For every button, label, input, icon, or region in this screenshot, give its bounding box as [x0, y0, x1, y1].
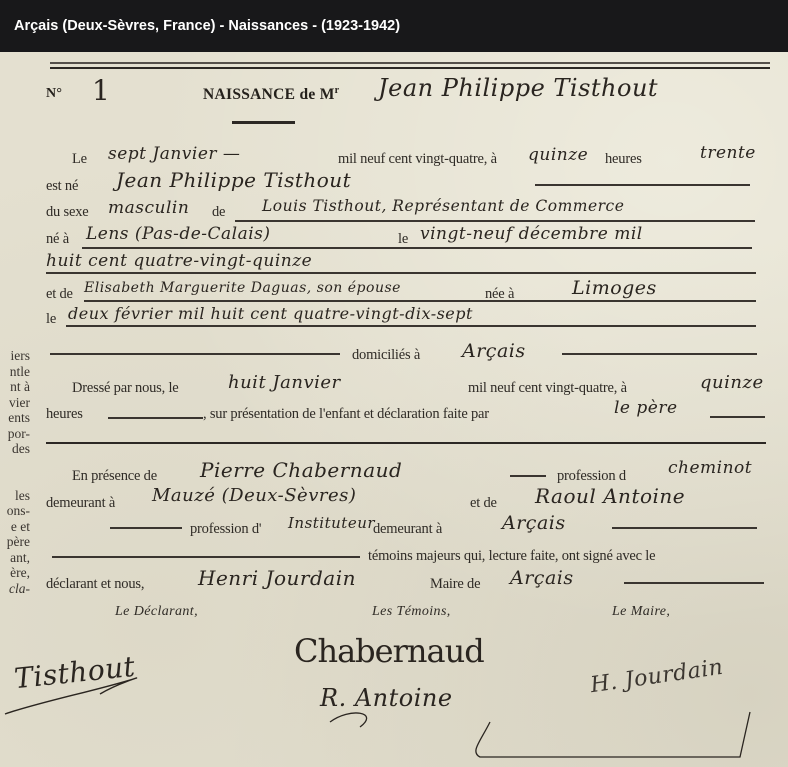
margin-line: les: [0, 488, 30, 504]
signature-witness2-flourish: [320, 702, 760, 767]
l9-hour: quinze: [700, 372, 764, 393]
l13-profession: profession d': [190, 521, 261, 538]
margin-gap: [0, 457, 30, 488]
margin-line: iers: [0, 348, 30, 364]
l12-demeurant: demeurant à: [46, 495, 115, 512]
l1-heures: heures: [605, 151, 642, 168]
l10-fill: [108, 417, 203, 419]
l4-underline: [82, 247, 752, 249]
top-rule: [50, 62, 770, 64]
margin-line: ant,: [0, 550, 30, 566]
l5-birthdate-cont: huit cent quatre-vingt-quinze: [46, 251, 312, 271]
l12-et-de: et de: [470, 495, 497, 512]
l3-sex-value: masculin: [108, 198, 189, 218]
l13-fill-left: [110, 527, 182, 529]
l7-le: le: [46, 311, 56, 328]
l10-print: , sur présentation de l'enfant et déclar…: [203, 406, 489, 423]
l11-profession: profession d: [557, 468, 626, 485]
l15-print1: déclarant et nous,: [46, 576, 144, 593]
margin-line: père: [0, 534, 30, 550]
l6-mother-birthplace: Limoges: [572, 277, 657, 299]
l3-de: de: [212, 204, 225, 221]
l6-et-de: et de: [46, 286, 73, 303]
l11-fill: [510, 475, 546, 477]
l7-mother-birthdate: deux février mil huit cent quatre-vingt-…: [68, 304, 473, 323]
window-title-bar: Arçais (Deux-Sèvres, France) - Naissance…: [0, 0, 788, 52]
l10-fill-right: [710, 416, 765, 418]
margin-line: ons-: [0, 503, 30, 519]
l4-ne-a: né à: [46, 231, 69, 248]
margin-line: nt à: [0, 379, 30, 395]
signature-witness1: Chabernaud: [294, 632, 484, 670]
l13-demeurant: demeurant à: [373, 521, 442, 538]
l3-underline: [235, 220, 755, 222]
l2-name: Jean Philippe Tisthout: [116, 168, 351, 192]
l4-birthplace: Lens (Pas-de-Calais): [86, 224, 271, 244]
label-temoins: Les Témoins,: [372, 604, 451, 620]
l4-birthdate: vingt-neuf décembre mil: [420, 224, 643, 244]
window-title: Arçais (Deux-Sèvres, France) - Naissance…: [14, 18, 400, 34]
record-number-label: N°: [46, 86, 62, 102]
l3-sexe: du sexe: [46, 204, 89, 221]
l8-fill-left: [50, 353, 340, 355]
margin-line: e et: [0, 519, 30, 535]
l4-le: le: [398, 231, 408, 248]
heading-label-text: NAISSANCE de M: [203, 86, 335, 103]
l11-presence: En présence de: [72, 468, 157, 485]
l9-print: mil neuf cent vingt-quatre, à: [468, 380, 627, 397]
l15-fill: [624, 582, 764, 584]
margin-line: vier: [0, 395, 30, 411]
l8-domicilies: domiciliés à: [352, 347, 420, 364]
l6-underline: [84, 300, 756, 302]
heading-name: Jean Philippe Tisthout: [378, 74, 658, 102]
l1-print: mil neuf cent vingt-quatre, à: [338, 151, 497, 168]
l9-dresse: Dressé par nous, le: [72, 380, 179, 397]
label-declarant: Le Déclarant,: [115, 604, 198, 620]
l14-fill: [52, 556, 360, 558]
l10-declarant: le père: [614, 398, 678, 418]
l7-underline: [66, 325, 756, 327]
l15-commune: Arçais: [510, 567, 574, 589]
document-scan: N° 1 NAISSANCE de Mr Jean Philippe Tisth…: [0, 52, 788, 767]
l1-le: Le: [72, 151, 87, 168]
section-separator: [46, 442, 766, 444]
margin-line: des: [0, 441, 30, 457]
l14-print: témoins majeurs qui, lecture faite, ont …: [368, 548, 655, 565]
l11-witness1: Pierre Chabernaud: [200, 458, 402, 482]
top-rule-2: [50, 67, 770, 69]
l2-est-ne: est né: [46, 178, 78, 195]
l3-father: Louis Tisthout, Représentant de Commerce: [262, 197, 624, 215]
l11-witness1-job: cheminot: [668, 458, 752, 478]
margin-line: por-: [0, 426, 30, 442]
heading-underline: [232, 121, 295, 124]
l1-hour: quinze: [528, 145, 588, 165]
l8-fill-right: [562, 353, 757, 355]
margin-line: ère,: [0, 565, 30, 581]
record-number-value: 1: [92, 74, 110, 107]
l13-fill-right: [612, 527, 757, 529]
margin-line: ents: [0, 410, 30, 426]
heading-sup: r: [335, 85, 340, 96]
l6-mother: Elisabeth Marguerite Daguas, son épouse: [84, 280, 401, 296]
label-maire: Le Maire,: [612, 604, 670, 620]
l1-date: sept Janvier —: [108, 144, 240, 164]
l9-date: huit Janvier: [228, 372, 341, 393]
margin-line: ntle: [0, 364, 30, 380]
l5-underline: [46, 272, 756, 274]
l13-witness2-job: Instituteur: [288, 514, 375, 532]
heading-label: NAISSANCE de Mr: [203, 85, 339, 104]
l13-witness2-place: Arçais: [502, 512, 566, 534]
signature-declarant-flourish: [0, 652, 200, 732]
margin-line: cla-: [0, 581, 30, 597]
signature-mayor: H. Jourdain: [589, 655, 725, 698]
l15-mayor: Henri Jourdain: [198, 566, 356, 590]
l8-residence: Arçais: [462, 340, 526, 362]
l15-maire-de: Maire de: [430, 576, 480, 593]
l12-witness2: Raoul Antoine: [535, 484, 685, 508]
left-margin-fragment: iers ntle nt à vier ents por- des les on…: [0, 348, 30, 596]
l10-heures: heures: [46, 406, 83, 423]
l2-fill: [535, 184, 750, 186]
l12-witness1-place: Mauzé (Deux-Sèvres): [152, 485, 356, 506]
l1-minutes: trente: [700, 143, 756, 163]
